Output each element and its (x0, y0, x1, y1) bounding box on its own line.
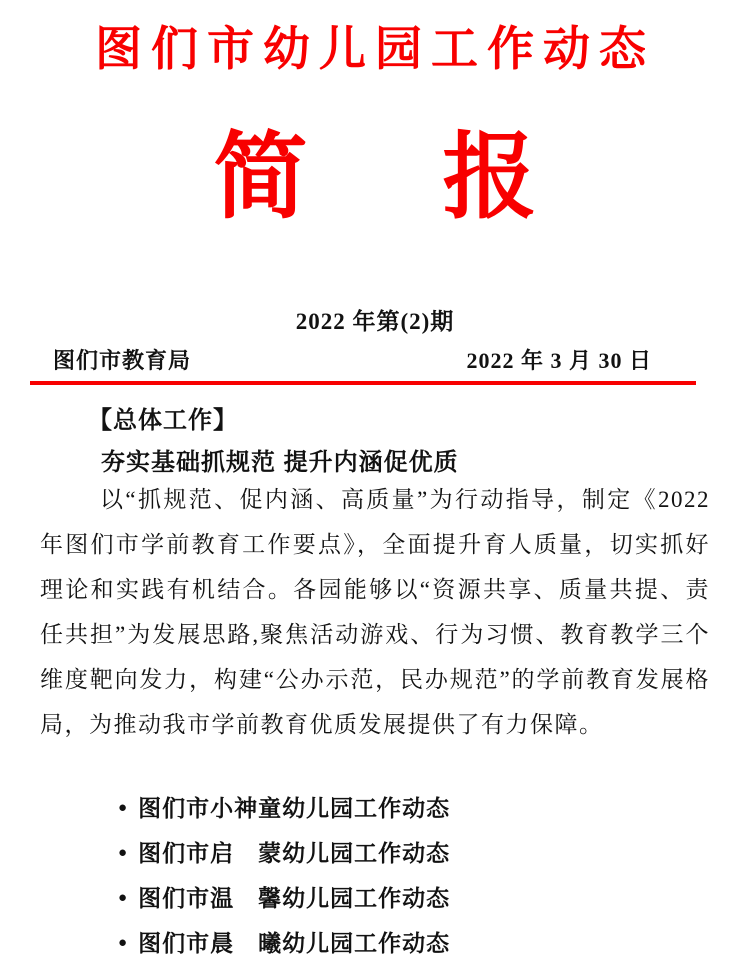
publisher-row: 图们市教育局 2022 年 3 月 30 日 (53, 344, 652, 375)
toc-item: ● 图们市晨 曦幼儿园工作动态 (118, 921, 450, 960)
page-title: 图们市幼儿园工作动态 (0, 12, 750, 79)
masthead-char-right: 报 (443, 128, 537, 228)
toc-item-label: 图们市小神童幼儿园工作动态 (138, 786, 450, 831)
publisher-name: 图们市教育局 (53, 344, 191, 375)
masthead-char-left: 简 (213, 128, 307, 228)
divider-line (30, 381, 696, 385)
toc-item-label: 图们市晨 曦幼儿园工作动态 (138, 921, 450, 960)
issue-number: 2022 年第(2)期 (0, 303, 750, 336)
toc-item-label: 图们市启 蒙幼儿园工作动态 (138, 831, 450, 876)
bullet-icon: ● (118, 921, 128, 960)
publish-date: 2022 年 3 月 30 日 (466, 344, 652, 375)
bullet-icon: ● (118, 876, 128, 921)
section-heading: 【总体工作】 (88, 400, 238, 435)
toc-list: ● 图们市小神童幼儿园工作动态 ● 图们市启 蒙幼儿园工作动态 ● 图们市温 馨… (118, 786, 450, 960)
masthead-title: 简 报 (0, 128, 750, 228)
article-title: 夯实基础抓规范 提升内涵促优质 (101, 442, 459, 477)
toc-item: ● 图们市温 馨幼儿园工作动态 (118, 876, 450, 921)
toc-item-label: 图们市温 馨幼儿园工作动态 (138, 876, 450, 921)
toc-item: ● 图们市小神童幼儿园工作动态 (118, 786, 450, 831)
bullet-icon: ● (118, 831, 128, 876)
toc-item: ● 图们市启 蒙幼儿园工作动态 (118, 831, 450, 876)
bulletin-page: 图们市幼儿园工作动态 简 报 2022 年第(2)期 图们市教育局 2022 年… (0, 0, 750, 960)
bullet-icon: ● (118, 786, 128, 831)
article-body: 以“抓规范、促内涵、高质量”为行动指导，制定《2022年图们市学前教育工作要点》… (40, 477, 710, 747)
